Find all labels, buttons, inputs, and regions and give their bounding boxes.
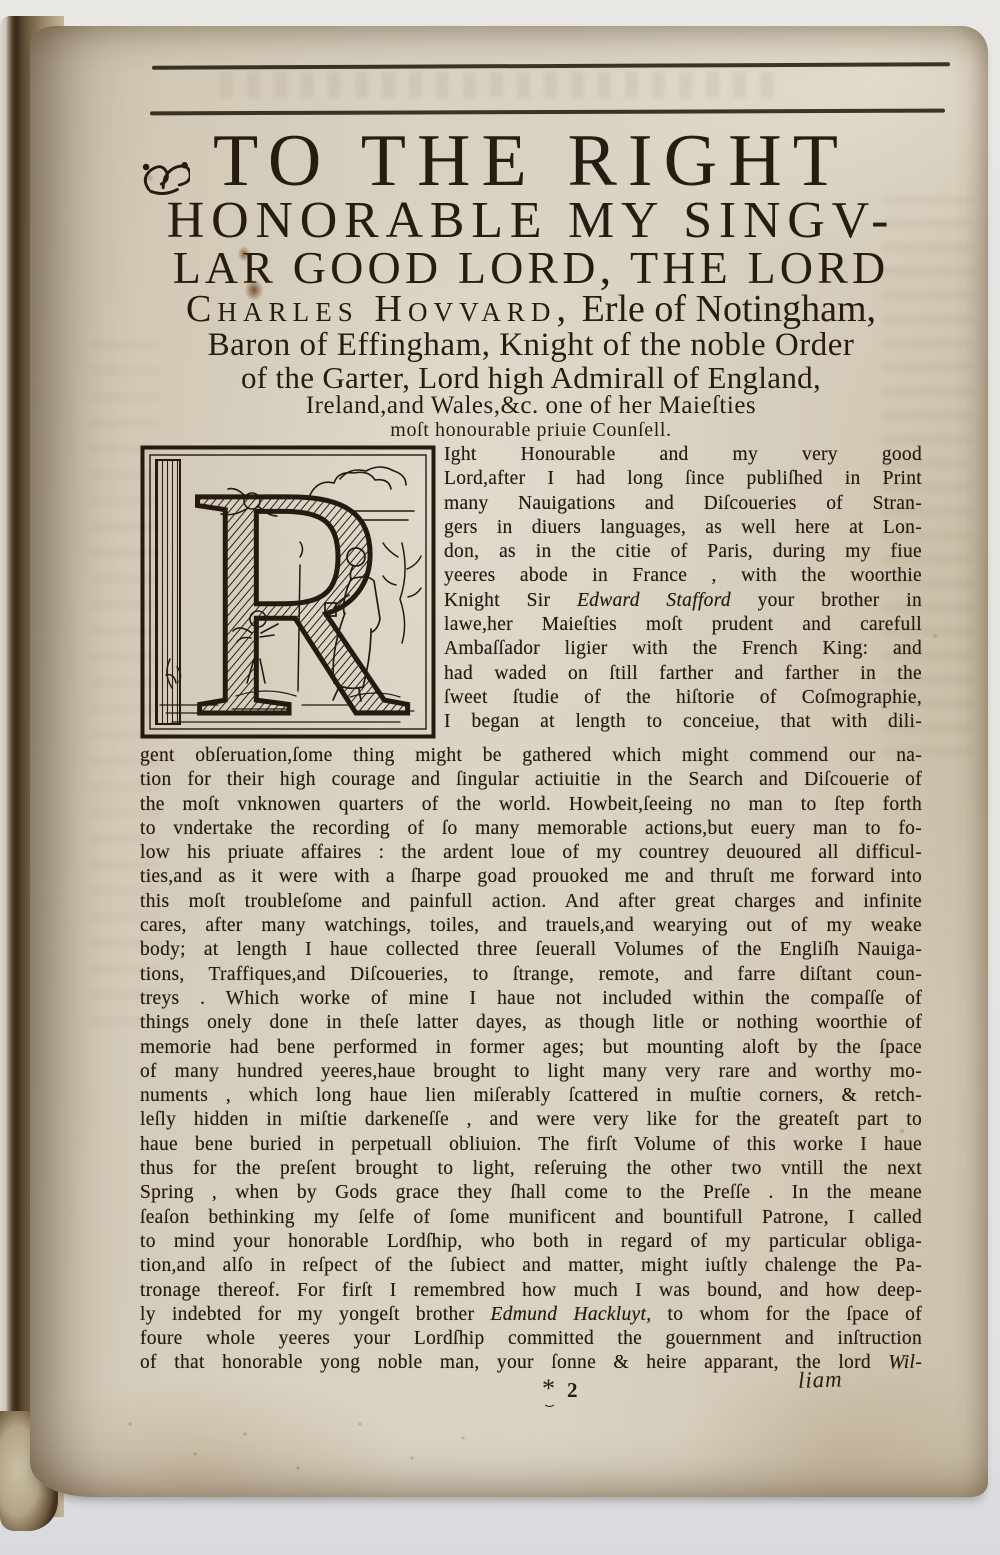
text-segment: your brother in xyxy=(731,590,922,611)
title-line-2: HONORABLE MY SINGV- xyxy=(140,196,922,246)
text-line: numents , which long haue lien miſerably… xyxy=(140,1084,922,1108)
text-line: ſweet ſtudie of the hiſtorie of Coſmogra… xyxy=(444,686,922,710)
woodcut-initial-R: R xyxy=(140,445,436,739)
title-line-4: Charles Hovvard, Erle of Notingham, xyxy=(140,290,922,328)
text-line: Spring , when by Gods grace they ſhall c… xyxy=(140,1181,922,1205)
title-line-5: Baron of Effingham, Knight of the noble … xyxy=(140,328,922,362)
title-line-7: Ireland,and Wales,&c. one of her Maieſti… xyxy=(140,393,922,419)
book-page: TO THE RIGHT HONORABLE MY SINGV- LAR GOO… xyxy=(30,26,988,1497)
text-line: foure whole yeeres your Lordſhip committ… xyxy=(140,1327,922,1351)
opening-paragraph: R xyxy=(140,443,922,737)
text-line: Ambaſſador ligier with the French King: … xyxy=(444,637,922,661)
signature-star: * xyxy=(542,1374,555,1403)
title-line-3: LAR GOOD LORD, THE LORD xyxy=(140,246,922,290)
text-line: ly indebted for my yongeſt brother Edmun… xyxy=(140,1303,922,1327)
text-line: this moſt troubleſome and painfull actio… xyxy=(140,890,922,914)
text-line: body; at length I haue collected three ſ… xyxy=(140,938,922,962)
title-line-6: of the Garter, Lord high Admirall of Eng… xyxy=(140,362,922,393)
photo-of-book-page: { "meta": { "description": "Photograph o… xyxy=(0,0,1000,1555)
text-line: the moſt vnknowen quarters of the world.… xyxy=(140,793,922,817)
text-line: lawe,her Maieſties moſt prudent and care… xyxy=(444,613,922,637)
full-width-lines: gent obſeruation,ſome thing might be gat… xyxy=(140,744,922,1376)
text-segment: , to whom for the ſpace of xyxy=(646,1304,922,1325)
text-segment: ly indebted for my yongeſt brother xyxy=(140,1304,491,1325)
text-line: ties,and as it were with a ſharpe goad p… xyxy=(140,865,922,889)
text-line: to vndertake the recording of ſo many me… xyxy=(140,817,922,841)
text-line: to mind your honorable Lordſhip, who bot… xyxy=(140,1230,922,1254)
text-line: Ight Honourable and my very good xyxy=(444,443,922,467)
text-line: tronage thereof. For firſt I remembred h… xyxy=(140,1279,922,1303)
italic-name: Edmund Hackluyt xyxy=(491,1304,647,1325)
text-line: Lord,after I had long ſince publiſhed in… xyxy=(444,467,922,491)
text-line: memorie had bene performed in former age… xyxy=(140,1036,922,1060)
text-line: of many hundred yeeres,haue brought to l… xyxy=(140,1060,922,1084)
text-line: low his priuate affaires : the ardent lo… xyxy=(140,841,922,865)
text-line: tions, Traffiques,and Diſcoueries, to ſt… xyxy=(140,963,922,987)
text-column: TO THE RIGHT HONORABLE MY SINGV- LAR GOO… xyxy=(140,26,922,1497)
title-line-1: TO THE RIGHT xyxy=(140,126,922,196)
italic-name: Edward Stafford xyxy=(577,590,731,611)
text-line: cares, after many watchings, toiles, and… xyxy=(140,914,922,938)
text-segment: Knight Sir xyxy=(444,590,577,611)
text-line: tion,and alſo in reſpect of the ſubiect … xyxy=(140,1254,922,1278)
text-segment: of that honorable yong noble man, your ſ… xyxy=(140,1352,888,1373)
text-line: things onely done in theſe latter dayes,… xyxy=(140,1011,922,1035)
title-line-8: moſt honourable priuie Counſell. xyxy=(140,419,922,441)
text-line: gent obſeruation,ſome thing might be gat… xyxy=(140,744,922,768)
text-line: tion for their high courage and ſingular… xyxy=(140,768,922,792)
signature-number: 2 xyxy=(567,1378,578,1402)
dedication-title: TO THE RIGHT HONORABLE MY SINGV- LAR GOO… xyxy=(140,26,922,441)
text-line: ſeaſon bethinking my ſelfe of ſome munif… xyxy=(140,1206,922,1230)
text-line: treys . Which worke of mine I haue not i… xyxy=(140,987,922,1011)
text-line: gers in diuers languages, as well here a… xyxy=(444,516,922,540)
text-line: don, as in the citie of Paris, during my… xyxy=(444,540,922,564)
text-line: leſly hidden in miſtie darkeneſſe , and … xyxy=(140,1108,922,1132)
text-line: I began at length to conceiue, that with… xyxy=(444,710,922,734)
text-line: haue bene buried in perpetuall obliuion.… xyxy=(140,1133,922,1157)
quire-signature: *2 xyxy=(542,1374,578,1404)
dedicatee-name: Charles Hovvard, xyxy=(186,288,572,330)
catchword: liam xyxy=(798,1364,909,1394)
dropcap-indented-lines: Ight Honourable and my very goodLord,aft… xyxy=(444,443,922,735)
text-line: thus for the preſent brought to light, r… xyxy=(140,1157,922,1181)
text-line: many Nauigations and Diſcoueries of Stra… xyxy=(444,492,922,516)
text-line: yeeres abode in France , with the woorth… xyxy=(444,564,922,588)
text-line: Knight Sir Edward Stafford your brother … xyxy=(444,589,922,613)
title-text: TO THE RIGHT xyxy=(213,120,849,202)
text-line: had waded on ſtill farther and farther i… xyxy=(444,662,922,686)
dedicatee-title: Erle of Notingham, xyxy=(572,288,876,330)
